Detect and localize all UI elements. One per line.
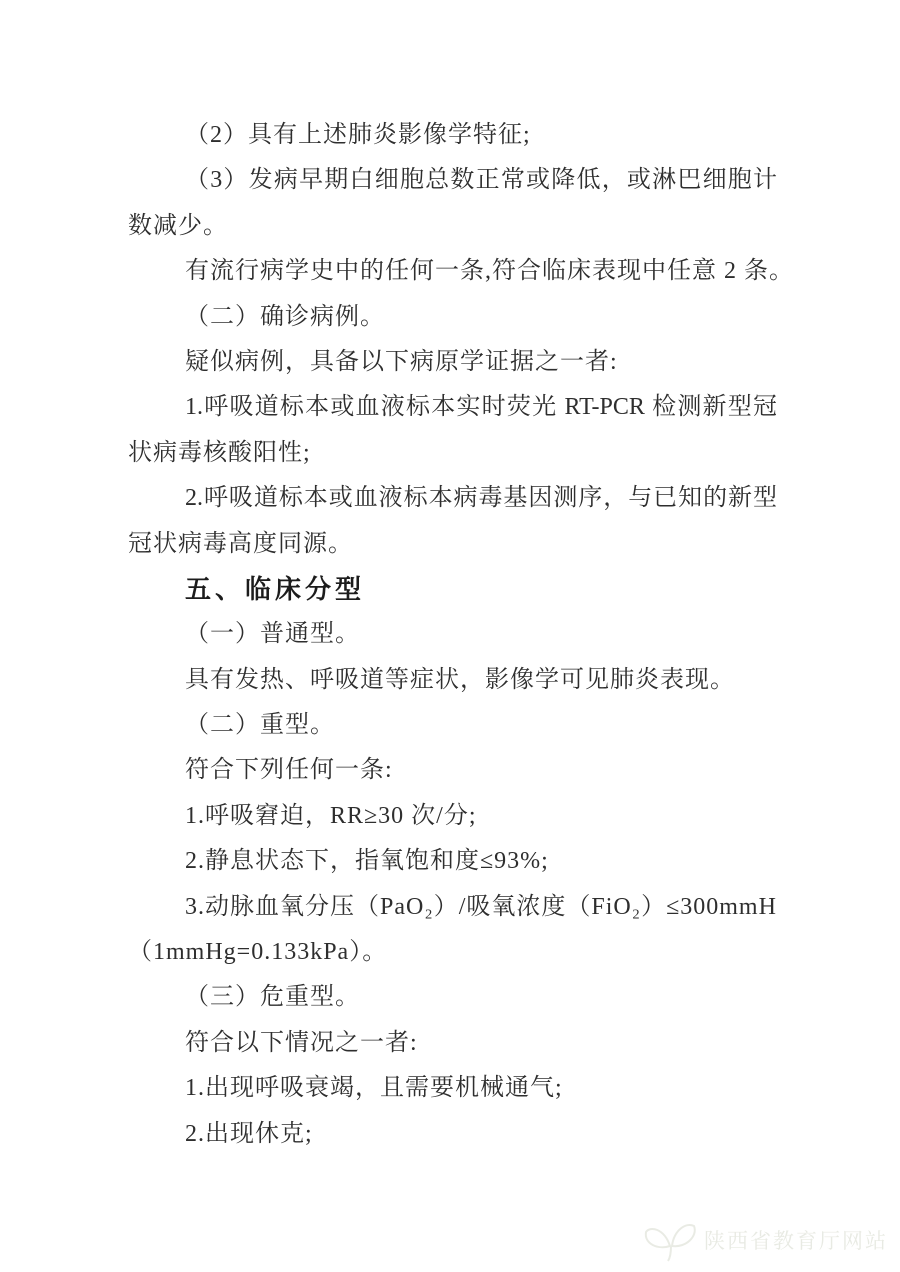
text-line: （二）重型。 (128, 703, 777, 748)
text-line: 符合以下情况之一者: (128, 1021, 777, 1066)
text-line: （1mmHg=0.133kPa）。 (128, 930, 777, 975)
text-line: 2.呼吸道标本或血液标本病毒基因测序，与已知的新型 (128, 476, 777, 521)
document-body: （2）具有上述肺炎影像学特征;（3）发病早期白细胞总数正常或降低，或淋巴细胞计数… (128, 113, 777, 1157)
leaf-logo-icon (644, 1218, 700, 1262)
text-line: （三）危重型。 (128, 975, 777, 1020)
text-line: 冠状病毒高度同源。 (128, 522, 777, 567)
text-line: 具有发热、呼吸道等症状，影像学可见肺炎表现。 (128, 658, 777, 703)
text-line: 2.出现休克; (128, 1112, 777, 1157)
text-line: （二）确诊病例。 (128, 295, 777, 340)
text-line: 符合下列任何一条: (128, 748, 777, 793)
text-line: 1.呼吸窘迫，RR≥30 次/分; (128, 794, 777, 839)
text-line: 3.动脉血氧分压（PaO₂）/吸氧浓度（FiO₂）≤300mmHg (128, 885, 777, 930)
text-line: 数减少。 (128, 204, 777, 249)
text-line: 1.呼吸道标本或血液标本实时荧光 RT-PCR 检测新型冠 (128, 385, 777, 430)
watermark-text: 陕西省教育厅网站 (704, 1225, 888, 1255)
watermark: 陕西省教育厅网站 (644, 1218, 888, 1262)
text-line: （2）具有上述肺炎影像学特征; (128, 113, 777, 158)
text-line: 状病毒核酸阳性; (128, 431, 777, 476)
section-heading: 五、临床分型 (128, 567, 777, 612)
text-line: 2.静息状态下，指氧饱和度≤93%; (128, 839, 777, 884)
text-line: （3）发病早期白细胞总数正常或降低，或淋巴细胞计 (128, 158, 777, 203)
text-line: 疑似病例，具备以下病原学证据之一者: (128, 340, 777, 385)
text-line: （一）普通型。 (128, 612, 777, 657)
text-line: 1.出现呼吸衰竭，且需要机械通气; (128, 1066, 777, 1111)
document-page: （2）具有上述肺炎影像学特征;（3）发病早期白细胞总数正常或降低，或淋巴细胞计数… (0, 0, 900, 1272)
text-line: 有流行病学史中的任何一条,符合临床表现中任意 2 条。 (128, 249, 777, 294)
